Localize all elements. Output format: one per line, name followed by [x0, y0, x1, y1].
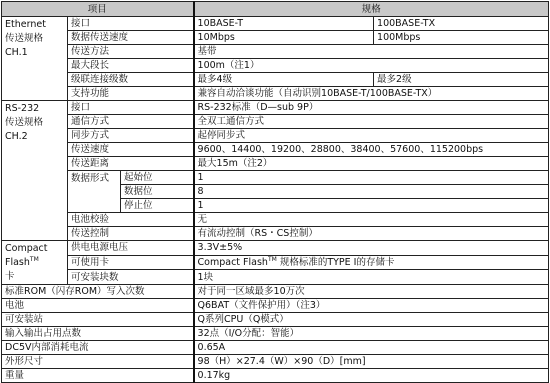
table-row: 标准ROM（闪存ROM）写入次数 对于同一区域最多10万次	[2, 285, 549, 299]
table-row: 可安装站 Q系列CPU（Q模式）	[2, 313, 549, 327]
table-row: 传送距离 最大15m（注2）	[2, 157, 549, 171]
group-ethernet: Ethernet 传送规格 CH.1	[2, 17, 68, 101]
group-rs232: RS-232 传送规格 CH.2	[2, 101, 68, 241]
group-compact-flash: Compact FlashTM 卡	[2, 241, 68, 285]
table-row: 最大段长 100m（注1）	[2, 59, 549, 73]
table-row: 电池 Q6BAT（文件保护用）（注3）	[2, 299, 549, 313]
table-row: 数据形式 起始位 1	[2, 171, 549, 185]
table-row: Compact FlashTM 卡 供电电源电压 3.3V±5%	[2, 241, 549, 256]
header-item: 项目	[2, 2, 194, 17]
table-row: 数据传送速度 10Mbps 100Mbps	[2, 31, 549, 45]
table-row: 可安装块数 1块	[2, 270, 549, 285]
table-row: 电池校验 无	[2, 213, 549, 227]
header-row: 项目 规格	[2, 2, 549, 17]
table-row: RS-232 传送规格 CH.2 接口 RS-232标准（D—sub 9P）	[2, 101, 549, 115]
table-row: 通信方式 全双工通信方式	[2, 115, 549, 129]
table-row: 同步方式 起停同步式	[2, 129, 549, 143]
table-row: 级联连接级数 最多4级 最多2级	[2, 73, 549, 87]
table-row: 输入输出占用点数 32点（I/O分配：智能）	[2, 327, 549, 333]
table-row: 可使用卡 Compact FlashTM 规格标准的TYPE Ⅰ的存储卡	[2, 255, 549, 270]
table-row: 传送方法 基带	[2, 45, 549, 59]
table-row: 支持功能 兼容自动洽谈功能（自动识别10BASE-T/100BASE-TX）	[2, 87, 549, 101]
table-row: 传送速度 9600、14400、19200、28800、38400、57600、…	[2, 143, 549, 157]
table-row: 传送控制 有流动控制（RS・CS控制）	[2, 227, 549, 241]
header-spec: 规格	[194, 2, 549, 17]
table-row: Ethernet 传送规格 CH.1 接口 10BASE-T 100BASE-T…	[2, 17, 549, 31]
spec-table: 项目 规格 Ethernet 传送规格 CH.1 接口 10BASE-T 100…	[1, 1, 549, 332]
